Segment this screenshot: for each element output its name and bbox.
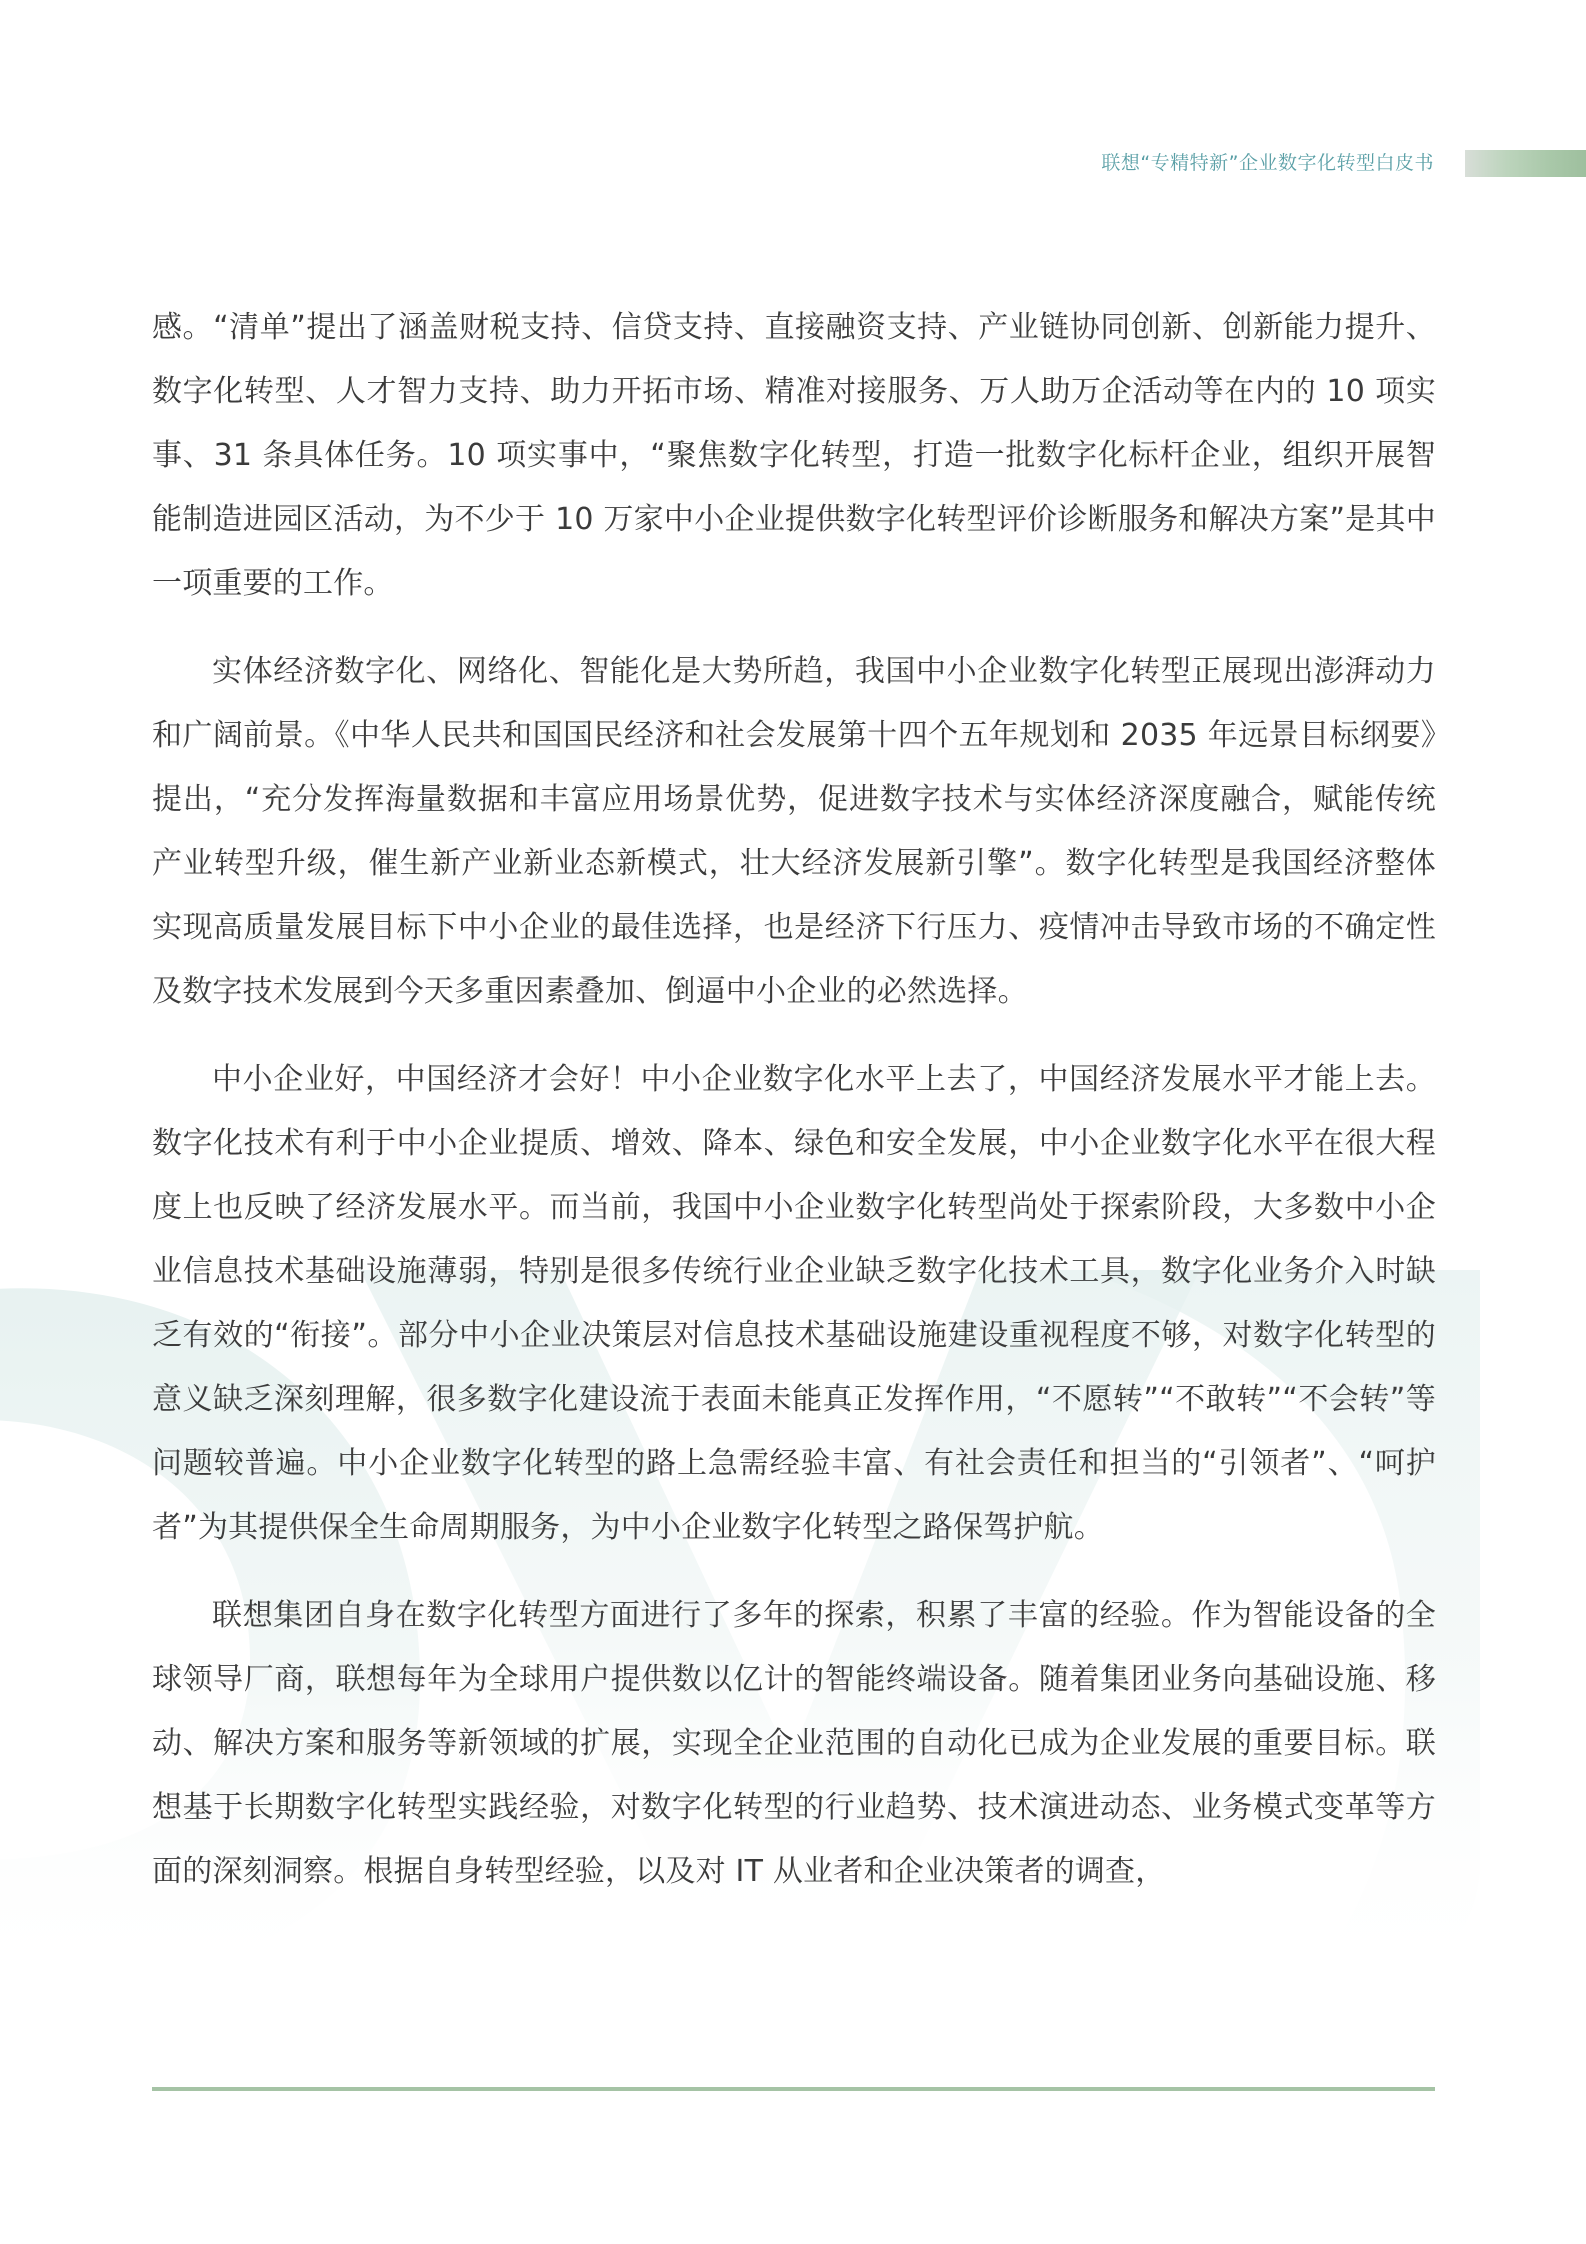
header-accent-bar xyxy=(1465,150,1586,177)
document-title: 联想“专精特新”企业数字化转型白皮书 xyxy=(1101,150,1434,176)
paragraph-2: 实体经济数字化、网络化、智能化是大势所趋，我国中小企业数字化转型正展现出澎湃动力… xyxy=(152,640,1436,1024)
paragraph-3: 中小企业好，中国经济才会好！中小企业数字化水平上去了，中国经济发展水平才能上去。… xyxy=(152,1048,1436,1560)
body-text: 感。“清单”提出了涵盖财税支持、信贷支持、直接融资支持、产业链协同创新、创新能力… xyxy=(152,296,1436,1928)
footer-divider xyxy=(152,2087,1435,2091)
paragraph-1: 感。“清单”提出了涵盖财税支持、信贷支持、直接融资支持、产业链协同创新、创新能力… xyxy=(152,296,1436,616)
document-page: 联想“专精特新”企业数字化转型白皮书 感。“清单”提出了涵盖财税支持、信贷支持、… xyxy=(0,0,1586,2244)
running-header: 联想“专精特新”企业数字化转型白皮书 xyxy=(0,148,1586,180)
paragraph-4: 联想集团自身在数字化转型方面进行了多年的探索，积累了丰富的经验。作为智能设备的全… xyxy=(152,1584,1436,1904)
